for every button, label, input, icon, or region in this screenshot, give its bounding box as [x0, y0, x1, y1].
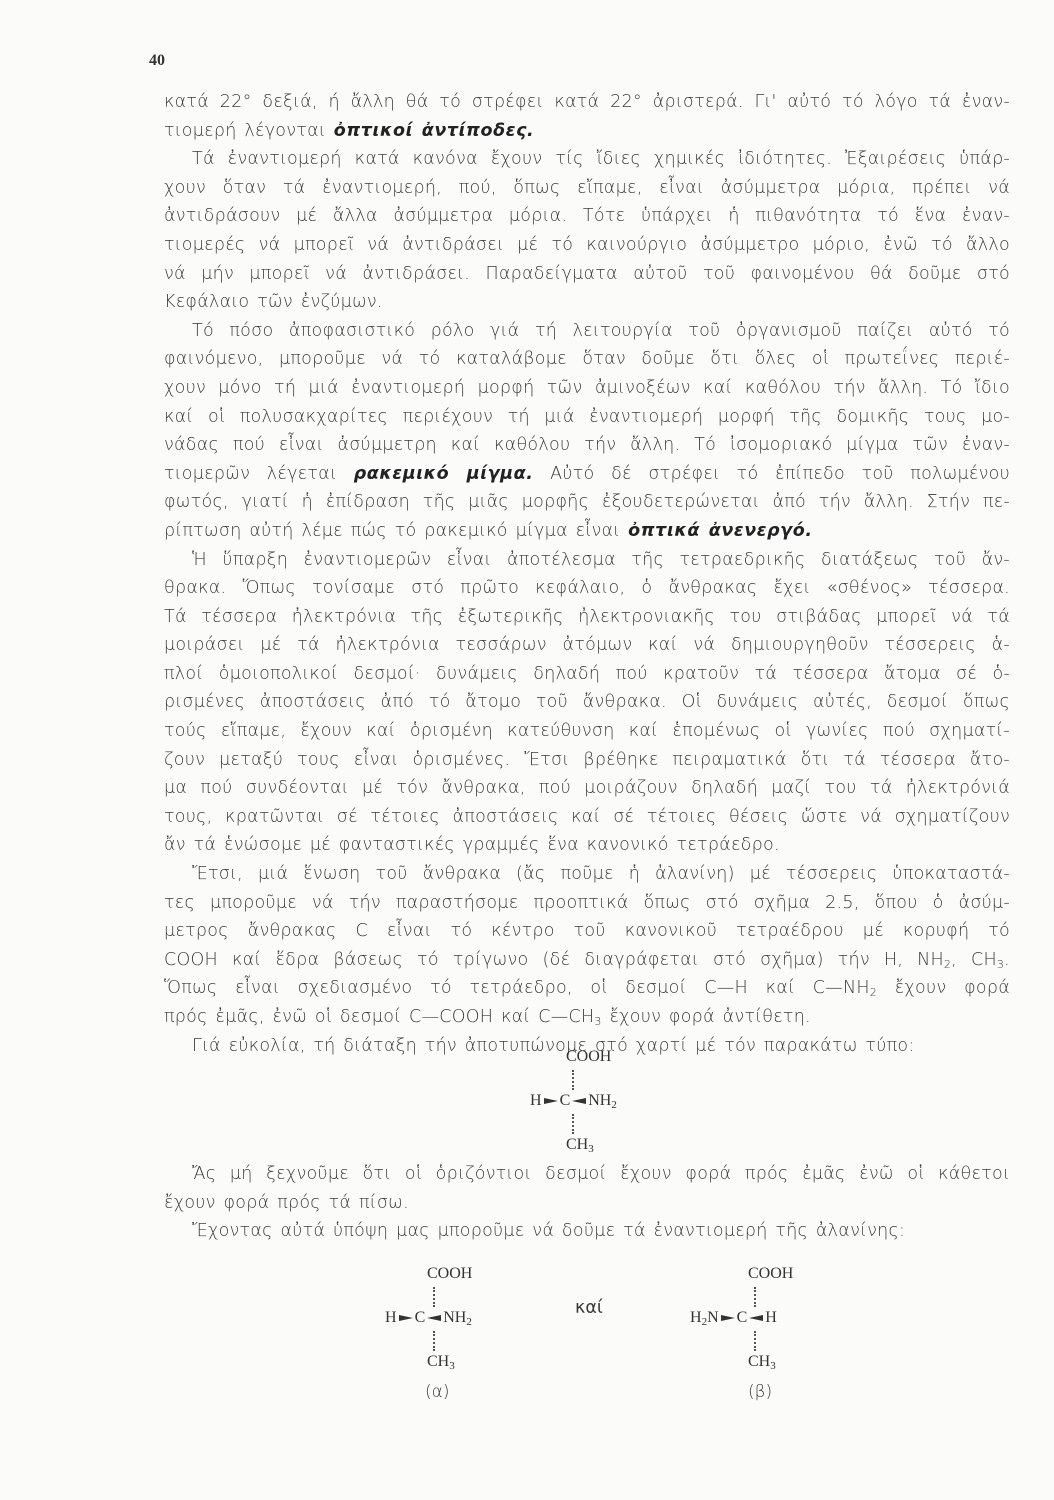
atom-right: H	[765, 1309, 777, 1326]
atom-center: C	[737, 1309, 748, 1326]
body-text: κατά 22° δεξιά, ή ἄλλη θά τό στρέφει κατ…	[164, 88, 1010, 1060]
atom-bottom: CH	[748, 1353, 770, 1370]
text-line: τες μποροῦμε νά τήν παραστήσομε προοπτικ…	[164, 889, 1010, 918]
text-line: χουν μόνο τή μιά ἐναντιομερή μορφή τῶν ἀ…	[164, 374, 1010, 403]
fischer-projection-generic: COOH HCNH2 CH3	[530, 1048, 670, 1158]
formula-top: COOH	[566, 1048, 611, 1066]
formula-bottom: CH3	[566, 1136, 594, 1154]
text-line: Τό πόσο ἀποφασιστικό ρόλο γιά τή λειτουρ…	[164, 317, 1010, 346]
text-span: τιομερή λέγονται	[164, 121, 334, 141]
subscript: 2	[870, 986, 877, 999]
text-line: τιομερή λέγονται ὀπτικοί ἀντίποδες.	[164, 117, 1010, 146]
subscript: 3	[770, 1360, 776, 1372]
text-line: μετρος ἄνθρακας C εἶναι τό κέντρο τοῦ κα…	[164, 917, 1010, 946]
text-span: ρίπτωση αὐτή λέμε πώς τό ρακεμικό μίγμα …	[164, 521, 628, 541]
text-line: τιομερές νά μπορεῖ νά ἀντιδράσει μέ τό κ…	[164, 231, 1010, 260]
atom-center: C	[560, 1092, 571, 1109]
text-line: κατά 22° δεξιά, ή ἄλλη θά τό στρέφει κατ…	[164, 88, 1010, 117]
text-line: COOH καί ἕδρα βάσεως τό τρίγωνο (δέ διαγ…	[164, 946, 1010, 975]
connector-kai: καί	[575, 1298, 603, 1318]
atom-bottom: CH	[427, 1353, 449, 1370]
text-span: .	[1004, 950, 1010, 970]
formula-top: COOH	[748, 1265, 793, 1283]
text-line: Ἡ ὕπαρξη ἐναντιομερῶν εἶναι ἀποτέλεσμα τ…	[164, 546, 1010, 575]
text-line: ρίπτωση αὐτή λέμε πώς τό ρακεμικό μίγμα …	[164, 517, 1010, 546]
atom-center: C	[415, 1309, 426, 1326]
formula-middle: HCNH2	[530, 1092, 617, 1110]
text-line: ρισμένες ἀποστάσεις ἀπό τό ἄτομο τοῦ ἄνθ…	[164, 688, 1010, 717]
text-line: καί οἱ πολυσακχαρίτες περιέχουν τή μιά ἐ…	[164, 403, 1010, 432]
text-line: νάδας πού εἶναι ἀσύμμετρη καί καθόλου τή…	[164, 431, 1010, 460]
text-line: φαινόμενο, μποροῦμε νά τό καταλάβομε ὅτα…	[164, 345, 1010, 374]
text-line: Ἄς μή ξεχνοῦμε ὅτι οἱ ὁριζόντιοι δεσμοί …	[164, 1160, 1010, 1189]
atom-left: N	[707, 1309, 719, 1326]
dotted-bond	[433, 1287, 435, 1307]
subscript: 3	[449, 1360, 455, 1372]
text-line: Κεφάλαιο τῶν ἐνζύμων.	[164, 288, 1010, 317]
text-line: Τά τέσσερα ἠλεκτρόνια τῆς ἐξωτερικῆς ἠλε…	[164, 603, 1010, 632]
page-number: 40	[149, 52, 165, 70]
text-span: Ὅπως εἶναι σχεδιασμένο τό τετράεδρο, οἱ …	[164, 978, 870, 998]
wedge-bond	[721, 1315, 735, 1321]
subscript: 2	[466, 1316, 472, 1328]
text-line: πρός ἐμᾶς, ἐνῶ οἱ δεσμοί C—COOH καί C—CH…	[164, 1003, 1010, 1032]
subscript: 2	[611, 1099, 617, 1111]
formula-bottom: CH3	[427, 1353, 455, 1371]
text-line: μοιράσει μέ τά ἠλεκτρόνια τεσσάρων ἀτόμω…	[164, 631, 1010, 660]
body-text-lower: Ἄς μή ξεχνοῦμε ὅτι οἱ ὁριζόντιοι δεσμοί …	[164, 1160, 1010, 1246]
text-line: μα πού συνδέονται μέ τόν ἄνθρακα, πού μο…	[164, 774, 1010, 803]
text-span: ἔχουν φορά	[877, 978, 1010, 998]
fischer-projection-alpha: COOH HCNH2 CH3	[385, 1265, 525, 1375]
dotted-bond	[433, 1331, 435, 1351]
wedge-bond	[399, 1315, 413, 1321]
formula-bottom: CH3	[748, 1353, 776, 1371]
atom-right: NH	[443, 1309, 466, 1326]
dotted-bond	[754, 1287, 756, 1307]
dotted-bond	[572, 1070, 574, 1090]
atom-left: H	[690, 1309, 702, 1326]
text-span: ἔχουν φορά ἀντίθετη.	[602, 1007, 811, 1027]
wedge-bond	[544, 1098, 558, 1104]
text-span: Αὐτό δέ στρέφει τό ἐπίπεδο τοῦ πολωμένου	[534, 464, 1010, 484]
dotted-bond	[754, 1331, 756, 1351]
formula-top: COOH	[427, 1265, 472, 1283]
wedge-bond	[749, 1315, 763, 1321]
term-optical-antipodes: ὀπτικοί ἀντίποδες.	[334, 121, 535, 141]
text-line: τιομερῶν λέγεται ρακεμικό μίγμα. Αὐτό δέ…	[164, 460, 1010, 489]
atom-left: H	[385, 1309, 397, 1326]
text-line: ἀντιδράσουν μέ ἄλλα ἀσύμμετρα μόρια. Τότ…	[164, 202, 1010, 231]
term-racemic-mixture: ρακεμικό μίγμα.	[354, 464, 534, 484]
atom-bottom: CH	[566, 1136, 588, 1153]
formula-middle: HCNH2	[385, 1309, 472, 1327]
atom-right: NH	[588, 1092, 611, 1109]
text-line: Ἔτσι, μιά ἕνωση τοῦ ἄνθρακα (ἄς ποῦμε ἡ …	[164, 860, 1010, 889]
term-optically-inactive: ὀπτικά ἀνενεργό.	[628, 521, 812, 541]
text-line: τούς εἴπαμε, ἔχουν καί ὁρισμένη κατεύθυν…	[164, 717, 1010, 746]
subscript: 3	[594, 1015, 601, 1028]
fischer-projection-beta: COOH H2NCH CH3	[690, 1265, 830, 1375]
text-span: , CH	[951, 950, 997, 970]
formula-middle: H2NCH	[690, 1309, 777, 1327]
text-line: θρακα. Ὅπως τονίσαμε στό πρῶτο κεφάλαιο,…	[164, 574, 1010, 603]
text-line: Τά ἐναντιομερή κατά κανόνα ἔχουν τίς ἴδι…	[164, 145, 1010, 174]
text-span: τιομερῶν λέγεται	[164, 464, 354, 484]
text-line: ἔχουν φορά πρός τά πίσω.	[164, 1189, 1010, 1218]
text-line: ζουν μεταξύ τους εἶναι ὁρισμένες. Ἔτσι β…	[164, 746, 1010, 775]
text-line: τους, κρατῶνται σέ τέτοιες ἀποστάσεις κα…	[164, 803, 1010, 832]
text-line: πλοί ὁμοιοπολικοί δεσμοί· δυνάμεις δηλαδ…	[164, 660, 1010, 689]
text-line: νά μήν μπορεῖ νά ἀντιδράσει. Παραδείγματ…	[164, 260, 1010, 289]
text-span: πρός ἐμᾶς, ἐνῶ οἱ δεσμοί C—COOH καί C—CH	[164, 1007, 594, 1027]
text-line: Ὅπως εἶναι σχεδιασμένο τό τετράεδρο, οἱ …	[164, 974, 1010, 1003]
caption-beta: (β)	[748, 1382, 772, 1402]
text-line: ἄν τά ἑνώσομε μέ φανταστικές γραμμές ἕνα…	[164, 831, 1010, 860]
text-line: Ἔχοντας αὐτά ὑπόψη μας μποροῦμε νά δοῦμε…	[164, 1217, 1010, 1246]
text-line: φωτός, γιατί ἡ ἐπίδραση τῆς μιᾶς μορφῆς …	[164, 488, 1010, 517]
dotted-bond	[572, 1114, 574, 1134]
caption-alpha: (α)	[425, 1382, 449, 1402]
atom-left: H	[530, 1092, 542, 1109]
subscript: 3	[588, 1143, 594, 1155]
text-line: χουν ὅταν τά ἐναντιομερή, πού, ὅπως εἴπα…	[164, 174, 1010, 203]
text-span: COOH καί ἕδρα βάσεως τό τρίγωνο (δέ διαγ…	[164, 950, 944, 970]
wedge-bond	[572, 1098, 586, 1104]
wedge-bond	[427, 1315, 441, 1321]
